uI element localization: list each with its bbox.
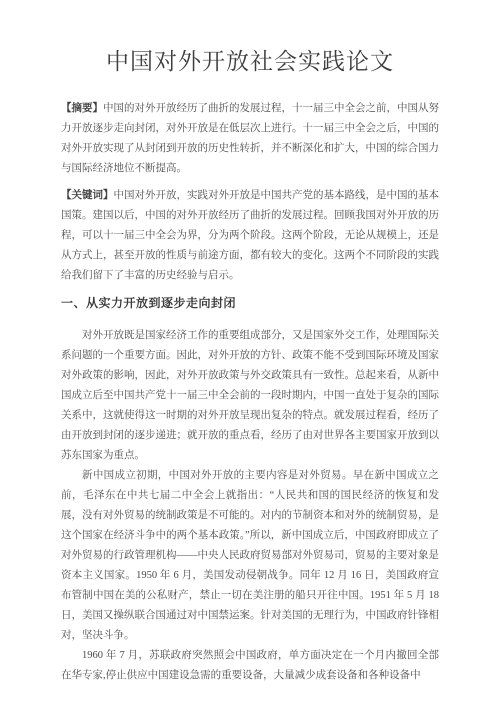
body-paragraph-1: 对外开放既是国家经济工作的重要组成部分，又是国家外交工作，处理国际关系问题的一个… bbox=[61, 326, 439, 466]
abstract-label: 【摘要】 bbox=[61, 103, 103, 114]
document-title: 中国对外开放社会实践论文 bbox=[61, 46, 439, 78]
body-paragraph-3: 1960 年 7 月，苏联政府突然照会中国政府，单方面决定在一个月内撤回全部在华… bbox=[61, 646, 439, 686]
keywords-label: 【关键词】 bbox=[61, 190, 114, 201]
body-paragraph-2: 新中国成立初期，中国对外开放的主要内容是对外贸易。早在新中国成立之前，毛泽东在中… bbox=[61, 466, 439, 646]
keywords-text: 中国对外开放，实践对外开放是中国共产党的基本路线，是中国的基本国策。建国以后，中… bbox=[61, 190, 439, 281]
abstract-text: 中国的对外开放经历了曲折的发展过程，十一届三中全会之前，中国从努力开放逐步走向封… bbox=[61, 103, 439, 174]
keywords-paragraph: 【关键词】中国对外开放，实践对外开放是中国共产党的基本路线，是中国的基本国策。建… bbox=[61, 186, 439, 286]
abstract-paragraph: 【摘要】中国的对外开放经历了曲折的发展过程，十一届三中全会之前，中国从努力开放逐… bbox=[61, 99, 439, 179]
section-heading: 一、从实力开放到逐步走向封闭 bbox=[61, 293, 439, 313]
document-page: 中国对外开放社会实践论文 【摘要】中国的对外开放经历了曲折的发展过程，十一届三中… bbox=[0, 0, 500, 707]
